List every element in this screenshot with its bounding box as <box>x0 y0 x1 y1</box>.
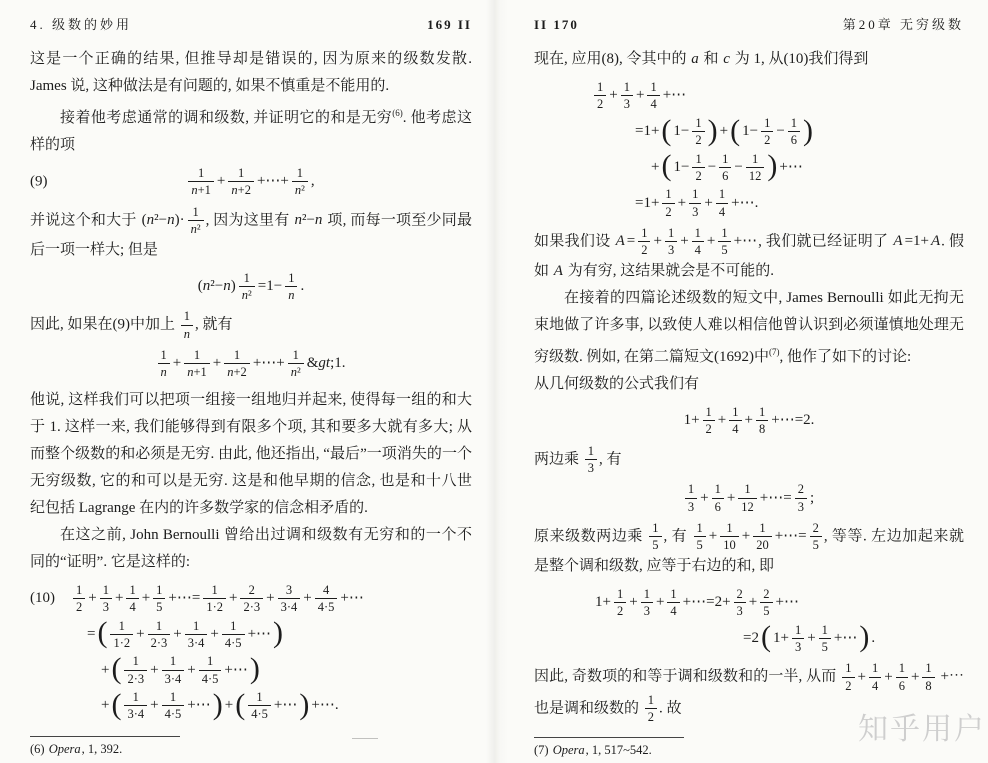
math-run: + <box>100 697 110 713</box>
paragraph: 这是一个正确的结果, 但推导却是错误的, 因为原来的级数发散. James 说,… <box>30 46 472 100</box>
fraction: 13·4 <box>124 690 147 722</box>
math-run: + <box>172 626 182 642</box>
fraction: 13 <box>792 623 804 655</box>
text-run: , 1, 392. <box>82 742 123 756</box>
math-run: + <box>806 630 816 646</box>
italic-text: A <box>930 233 941 249</box>
equation: 1+12+14+18+⋯=2. <box>534 403 964 439</box>
text-run: 在这之前, John Bernoulli 曾给出过调和级数有无穷和的一个不同的“… <box>30 527 472 570</box>
math-run: − <box>775 123 785 139</box>
math-run: + <box>149 697 159 713</box>
fraction: 14 <box>647 80 659 112</box>
big-paren: ( <box>111 652 121 685</box>
math-run: ; <box>809 490 815 506</box>
math-run: +⋯ <box>775 594 800 610</box>
math-run: + <box>652 233 662 249</box>
math-run: =1− <box>257 278 283 294</box>
math-run: = <box>626 233 636 249</box>
math-run: + <box>706 233 716 249</box>
equation-line: (n²−n)1n²=1−1n. <box>30 269 472 305</box>
math-run: + <box>650 159 660 175</box>
fraction: 12 <box>761 116 773 148</box>
left-page-header: 4. 级数的妙用 169 II <box>30 14 472 33</box>
fraction: 12 <box>662 187 674 219</box>
math-run: + <box>741 528 751 544</box>
big-paren: ( <box>97 616 107 649</box>
fraction: 12·3 <box>124 654 147 686</box>
text-run: 接着他考虑通常的调和级数, 并证明它的和是无穷 <box>60 110 392 126</box>
math-run: + <box>717 412 727 428</box>
fraction: 12 <box>645 693 657 725</box>
right-page-header: II 170 第20章 无穷级数 <box>534 14 964 33</box>
math-run: + <box>883 669 893 685</box>
big-paren: ) <box>803 114 813 147</box>
math-run: +⋯ <box>223 662 248 678</box>
left-page: 4. 级数的妙用 169 II 这是一个正确的结果, 但推导却是错误的, 因为原… <box>30 14 472 757</box>
equation-line: 1+12+13+14+⋯=2+23+25+⋯ <box>594 585 964 621</box>
fraction: 1n+2 <box>224 348 250 380</box>
paragraph: 如果我们设 A=12+13+14+15+⋯, 我们就已经证明了 A=1+A. 假… <box>534 226 964 285</box>
math-run: 1− <box>741 123 759 139</box>
equation: (10)12+13+14+15+⋯=11·2+22·3+33·4+44·5+⋯=… <box>30 581 472 724</box>
paragraph: 现在, 应用(8), 令其中的 a 和 c 为 1, 从(10)我们得到 <box>534 46 964 73</box>
fraction: 112 <box>738 482 757 514</box>
math-run: +⋯ <box>339 590 364 606</box>
math-run: + <box>216 173 226 189</box>
math-run: + <box>703 195 713 211</box>
fraction: 18 <box>756 405 768 437</box>
left-page-number: 169 II <box>427 17 472 33</box>
math-run: + <box>135 626 145 642</box>
math-run: +⋯. <box>310 697 339 713</box>
equation-line: =1+(1−12)+(1−12−16) <box>634 114 964 150</box>
fraction: 23 <box>734 587 746 619</box>
text-run: 两边乘 <box>534 451 583 467</box>
text-run: (7) <box>534 743 552 757</box>
equation-line: 1+12+14+18+⋯=2. <box>534 403 964 439</box>
fraction: 12 <box>692 152 704 184</box>
math-run: +⋯+ <box>252 355 286 371</box>
fraction: 110 <box>720 521 739 553</box>
equation: 13+16+112+⋯=23; <box>534 480 964 516</box>
math-run: =2 <box>742 630 760 646</box>
chapter-title: 第20章 无穷级数 <box>843 14 964 33</box>
math-run: +⋯= <box>759 490 793 506</box>
text-run: 因此, 如果在(9)中加上 <box>30 317 179 333</box>
equation-label: (9) <box>30 173 48 190</box>
fraction: 14·5 <box>199 654 222 686</box>
page-gutter-shadow <box>486 0 508 763</box>
math-run: . <box>299 278 305 294</box>
big-paren: ) <box>250 652 260 685</box>
math-run: + <box>186 662 196 678</box>
fraction: 13·4 <box>162 654 185 686</box>
math-run: + <box>265 590 275 606</box>
fraction: 15 <box>819 623 831 655</box>
fraction: 23 <box>795 482 807 514</box>
equation-line: 1n+1+1n+2+⋯+1n², <box>30 164 472 200</box>
equation-line: (10)12+13+14+15+⋯=11·2+22·3+33·4+44·5+⋯ <box>30 581 472 617</box>
big-paren: ) <box>273 616 283 649</box>
scan-artifact <box>352 738 378 739</box>
math-run: + <box>699 490 709 506</box>
fraction: 14·5 <box>222 619 245 651</box>
fraction: 1n² <box>188 205 204 237</box>
math-run: +⋯= <box>167 590 201 606</box>
text-run: 从几何级数的公式我们有 <box>534 376 699 392</box>
math-run: + <box>100 662 110 678</box>
paragraph: 从几何级数的公式我们有 <box>534 371 964 398</box>
big-paren: ) <box>708 114 718 147</box>
italic-text: c <box>722 51 731 67</box>
paragraph: 两边乘 13, 有 <box>534 444 964 476</box>
fraction: 25 <box>810 521 822 553</box>
paragraph: 在接着的四篇论述级数的短文中, James Bernoulli 如此无拘无束地做… <box>534 285 964 371</box>
fraction: 1n² <box>292 166 308 198</box>
math-run: − <box>733 159 743 175</box>
fraction: 14·5 <box>162 690 185 722</box>
math-run: 1− <box>672 159 690 175</box>
math-run: +⋯ <box>273 697 298 713</box>
fraction: 12 <box>614 587 626 619</box>
math-run: +⋯=2+ <box>682 594 732 610</box>
math-run: (n²−n)· <box>141 212 186 228</box>
fraction: 16 <box>719 152 731 184</box>
fraction: 11·2 <box>203 583 226 615</box>
fraction: 13 <box>621 80 633 112</box>
math-run: + <box>87 590 97 606</box>
text-run: 原来级数两边乘 <box>534 528 647 544</box>
text-run: 现在, 应用(8), 令其中的 <box>534 51 690 67</box>
fraction: 1n <box>158 348 170 380</box>
fraction: 12 <box>73 583 85 615</box>
fraction: 15 <box>649 521 661 553</box>
fraction: 1n+1 <box>188 166 214 198</box>
fraction: 14 <box>667 587 679 619</box>
math-run: + <box>141 590 151 606</box>
fraction: 11·2 <box>110 619 133 651</box>
text-run: , 他作了如下的讨论: <box>780 349 912 365</box>
math-run: +⋯ <box>778 159 803 175</box>
big-paren: ) <box>767 149 777 182</box>
fraction: 112 <box>746 152 765 184</box>
math-run: +⋯+ <box>256 173 290 189</box>
superscript-ref: (7) <box>769 347 780 357</box>
math-run: 1+ <box>683 412 701 428</box>
math-run: =1+ <box>634 195 660 211</box>
math-run: + <box>172 355 182 371</box>
big-paren: ( <box>761 620 771 653</box>
fraction: 13·4 <box>185 619 208 651</box>
math-run: + <box>635 87 645 103</box>
fraction: 12 <box>703 405 715 437</box>
text-run: , 我们就已经证明了 <box>758 233 892 249</box>
math-run: +⋯ <box>733 233 758 249</box>
math-run: + <box>679 233 689 249</box>
fraction: 12 <box>638 226 650 258</box>
equation: (n²−n)1n²=1−1n. <box>30 269 472 305</box>
math-run: 1+ <box>772 630 790 646</box>
math-run: + <box>212 355 222 371</box>
math-run: + <box>655 594 665 610</box>
fraction: 15 <box>694 521 706 553</box>
math-run: + <box>209 626 219 642</box>
big-paren: ) <box>299 688 309 721</box>
fraction: 14 <box>692 226 704 258</box>
big-paren: ) <box>213 688 223 721</box>
text-run: 因此, 奇数项的和等于调和级数和的一半, 从而 <box>534 669 840 685</box>
math-run: + <box>114 590 124 606</box>
fraction: 1n <box>285 271 297 303</box>
big-paren: ( <box>661 114 671 147</box>
math-run: + <box>228 590 238 606</box>
fraction: 1n² <box>288 348 304 380</box>
left-page-content: 这是一个正确的结果, 但推导却是错误的, 因为原来的级数发散. James 说,… <box>30 46 472 757</box>
text-run: 为有穷, 这结果就会是不可能的. <box>564 263 774 279</box>
italic-text: A <box>553 263 564 279</box>
math-run: + <box>719 123 729 139</box>
math-run: +⋯ <box>662 87 687 103</box>
equation: 12+13+14+⋯=1+(1−12)+(1−12−16)+(1−12−16−1… <box>534 78 964 221</box>
math-run: + <box>224 697 234 713</box>
italic-text: A <box>892 233 903 249</box>
fraction: 18 <box>922 661 934 693</box>
math-run: +⋯. <box>730 195 759 211</box>
equation: 1n+1n+1+1n+2+⋯+1n²&gt;1. <box>30 346 472 382</box>
math-run: + <box>744 412 754 428</box>
equation-label: (10) <box>30 590 55 606</box>
equation-line: +(13·4+14·5+⋯)+(14·5+⋯)+⋯. <box>100 688 472 724</box>
big-paren: ( <box>730 114 740 147</box>
italic-text: Opera <box>48 742 82 756</box>
math-run: 1+ <box>594 594 612 610</box>
fraction: 13 <box>100 583 112 615</box>
text-run: , 因为这里有 <box>206 212 294 228</box>
paragraph: 接着他考虑通常的调和级数, 并证明它的和是无穷(6). 他考虑这样的项 <box>30 100 472 159</box>
text-run: , 1, 517~542. <box>586 743 652 757</box>
fraction: 13 <box>685 482 697 514</box>
math-run: (n²−n) <box>197 278 237 294</box>
fraction: 33·4 <box>278 583 301 615</box>
fraction: 12·3 <box>148 619 171 651</box>
fraction: 15 <box>718 226 730 258</box>
math-run: +⋯ <box>186 697 211 713</box>
equation: 1+12+13+14+⋯=2+23+25+⋯=2(1+13+15+⋯). <box>534 585 964 657</box>
right-page-number: II 170 <box>534 17 579 33</box>
big-paren: ) <box>859 620 869 653</box>
math-run: + <box>677 195 687 211</box>
footnote: (6) Opera, 1, 392. <box>30 736 472 757</box>
fraction: 14 <box>869 661 881 693</box>
equation-line: +(12·3+13·4+14·5+⋯) <box>100 652 472 688</box>
big-paren: ( <box>235 688 245 721</box>
fraction: 1n² <box>239 271 255 303</box>
text-run: 如果我们设 <box>534 233 615 249</box>
math-run: =1+ <box>634 123 660 139</box>
fraction: 14 <box>729 405 741 437</box>
fraction: 13 <box>665 226 677 258</box>
fraction: 12 <box>692 116 704 148</box>
fraction: 16 <box>712 482 724 514</box>
text-run: 这是一个正确的结果, 但推导却是错误的, 因为原来的级数发散. James 说,… <box>30 51 472 94</box>
math-run: + <box>708 528 718 544</box>
math-run: + <box>726 490 736 506</box>
superscript-ref: (6) <box>392 108 403 118</box>
italic-text: Opera <box>552 743 586 757</box>
text-run: , 有 <box>599 451 622 467</box>
math-run: + <box>748 594 758 610</box>
text-run: , 就有 <box>195 317 233 333</box>
text-run: 为 1, 从(10)我们得到 <box>731 51 869 67</box>
fraction: 12 <box>594 80 606 112</box>
fraction: 16 <box>896 661 908 693</box>
math-run: 1− <box>672 123 690 139</box>
equation-line: =(11·2+12·3+13·4+14·5+⋯) <box>86 617 472 653</box>
equation-line: 12+13+14+⋯ <box>592 78 964 114</box>
right-page: II 170 第20章 无穷级数 现在, 应用(8), 令其中的 a 和 c 为… <box>534 14 964 758</box>
math-run: + <box>628 594 638 610</box>
text-run: 和 <box>700 51 723 67</box>
paragraph: 因此, 如果在(9)中加上 1n, 就有 <box>30 309 472 341</box>
paragraph: 并说这个和大于 (n²−n)·1n², 因为这里有 n²−n 项, 而每一项至少… <box>30 205 472 264</box>
equation-line: +(1−12−16−112)+⋯ <box>650 150 964 186</box>
math-run: +⋯ <box>833 630 858 646</box>
math-run: + <box>149 662 159 678</box>
footnote-rule <box>534 737 684 738</box>
paragraph: 原来级数两边乘 15, 有 15+110+120+⋯=25, 等等. 左边加起来… <box>534 521 964 580</box>
math-run: , <box>310 173 316 189</box>
math-run: − <box>707 159 717 175</box>
math-run: + <box>608 87 618 103</box>
fraction: 14 <box>126 583 138 615</box>
paragraph: 他说, 这样我们可以把项一组接一组地归并起来, 使得每一组的和大于 1. 这样一… <box>30 387 472 522</box>
right-page-content: 现在, 应用(8), 令其中的 a 和 c 为 1, 从(10)我们得到12+1… <box>534 46 964 758</box>
equation-line: =2(1+13+15+⋯). <box>742 621 964 657</box>
paragraph: 在这之前, John Bernoulli 曾给出过调和级数有无穷和的一个不同的“… <box>30 522 472 576</box>
math-run: +⋯ <box>247 626 272 642</box>
fraction: 13 <box>585 444 597 476</box>
math-run: = <box>86 626 96 642</box>
footnote-rule <box>30 736 180 737</box>
fraction: 1n+1 <box>184 348 210 380</box>
math-run: +⋯= <box>774 528 808 544</box>
fraction: 22·3 <box>240 583 263 615</box>
fraction: 1n <box>181 309 193 341</box>
text-run: (6) <box>30 742 48 756</box>
footnote-text: (6) Opera, 1, 392. <box>30 742 472 757</box>
equation-line: 1n+1n+1+1n+2+⋯+1n²&gt;1. <box>30 346 472 382</box>
book-scan: 4. 级数的妙用 169 II 这是一个正确的结果, 但推导却是错误的, 因为原… <box>0 0 988 763</box>
math-run: . <box>870 630 876 646</box>
big-paren: ( <box>661 149 671 182</box>
italic-text: a <box>690 51 700 67</box>
math-run: + <box>857 669 867 685</box>
big-paren: ( <box>111 688 121 721</box>
italic-text: A <box>615 233 626 249</box>
fraction: 1n+2 <box>228 166 254 198</box>
fraction: 15 <box>153 583 165 615</box>
text-run: 并说这个和大于 <box>30 212 141 228</box>
fraction: 120 <box>753 521 772 553</box>
equation-line: =1+12+13+14+⋯. <box>634 185 964 221</box>
text-run: 他说, 这样我们可以把项一组接一组地归并起来, 使得每一组的和大于 1. 这样一… <box>30 392 472 516</box>
fraction: 14 <box>716 187 728 219</box>
fraction: 25 <box>760 587 772 619</box>
math-run: &gt;1. <box>306 355 347 371</box>
math-run: +⋯=2. <box>770 412 815 428</box>
equation-line: 13+16+112+⋯=23; <box>534 480 964 516</box>
watermark: 知乎用户 <box>858 704 986 748</box>
math-run: + <box>302 590 312 606</box>
math-run: =1+ <box>904 233 930 249</box>
math-run: n²−n <box>293 212 323 228</box>
fraction: 12 <box>842 661 854 693</box>
fraction: 13 <box>641 587 653 619</box>
section-title: 4. 级数的妙用 <box>30 14 132 33</box>
fraction: 13 <box>689 187 701 219</box>
equation: (9)1n+1+1n+2+⋯+1n², <box>30 164 472 200</box>
fraction: 44·5 <box>315 583 338 615</box>
fraction: 16 <box>788 116 800 148</box>
math-run: + <box>910 669 920 685</box>
text-run: , 有 <box>664 528 692 544</box>
fraction: 14·5 <box>248 690 271 722</box>
text-run: . 故 <box>659 700 682 716</box>
